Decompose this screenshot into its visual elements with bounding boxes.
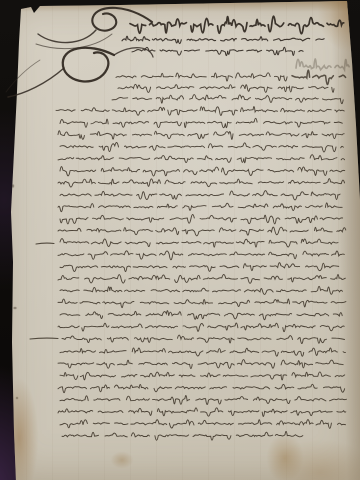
handwriting-layer: [0, 0, 360, 480]
photo-of-manuscript: Sendbrieff an Churfürstenn zu Sachsenn w…: [0, 0, 360, 480]
